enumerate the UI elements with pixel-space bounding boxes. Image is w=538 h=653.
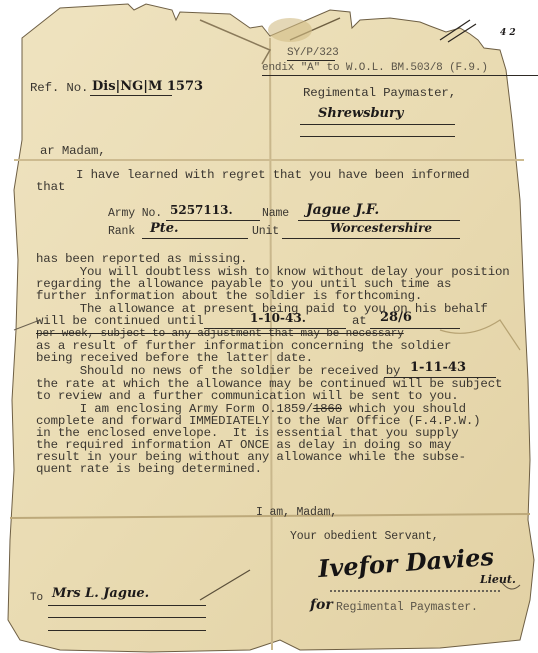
form-reference: SY/P/323 bbox=[287, 47, 339, 60]
handwritten-rank: Lieut. bbox=[480, 573, 516, 586]
letter-paper: SY/P/323 endix "A" to W.O.L. BM.503/8 (F… bbox=[0, 0, 538, 653]
name-label: Name bbox=[262, 207, 289, 220]
unit-underline bbox=[282, 238, 460, 239]
until-date-value: 1-10-43. bbox=[250, 311, 306, 325]
ref-underline bbox=[90, 95, 172, 96]
rank-value: Pte. bbox=[150, 221, 179, 236]
at-label: at bbox=[352, 315, 367, 328]
corner-mark: 4 2 bbox=[500, 28, 516, 38]
recipient-name: Mrs L. Jague. bbox=[52, 586, 149, 601]
ref-value: Dis|NG|M 1573 bbox=[92, 79, 203, 94]
for-prefix: for bbox=[310, 597, 333, 613]
rank-underline bbox=[142, 238, 248, 239]
sender-blank-line bbox=[300, 136, 455, 137]
recipient-underline-2 bbox=[48, 617, 206, 618]
form-reference-underline bbox=[287, 60, 335, 61]
unit-value: Worcestershire bbox=[330, 221, 432, 235]
intro-line-2: that bbox=[36, 181, 65, 194]
signatory-title: Regimental Paymaster. bbox=[336, 601, 478, 614]
closing-line-1: I am, Madam, bbox=[256, 506, 337, 519]
signature-dotted-line bbox=[330, 590, 500, 592]
paragraph-4-line-6: quent rate is being determined. bbox=[36, 463, 262, 476]
recipient-underline-3 bbox=[48, 630, 206, 631]
sender-place: Shrewsbury bbox=[318, 106, 403, 121]
closing-line-2: Your obedient Servant, bbox=[290, 530, 439, 543]
army-no-label: Army No. bbox=[108, 207, 162, 220]
appendix-underline bbox=[262, 75, 538, 76]
name-value: Jague J.F. bbox=[306, 202, 379, 218]
appendix-reference: endix "A" to W.O.L. BM.503/8 (F.9.) bbox=[262, 62, 488, 75]
intro-line-1: I have learned with regret that you have… bbox=[76, 169, 469, 182]
unit-label: Unit bbox=[252, 225, 279, 238]
sender-place-underline bbox=[300, 124, 455, 125]
sender-title: Regimental Paymaster, bbox=[303, 87, 456, 100]
rate-value: 28/6 bbox=[380, 310, 412, 325]
salutation: ar Madam, bbox=[40, 145, 106, 158]
review-date-value: 1-11-43 bbox=[410, 360, 466, 375]
to-label: To bbox=[30, 592, 43, 605]
recipient-underline-1 bbox=[48, 605, 206, 606]
army-no-underline bbox=[166, 220, 260, 221]
ref-label: Ref. No. bbox=[30, 82, 88, 95]
until-label: will be continued until bbox=[36, 315, 204, 328]
army-no-value: 5257113. bbox=[170, 203, 233, 217]
rank-label: Rank bbox=[108, 225, 135, 238]
